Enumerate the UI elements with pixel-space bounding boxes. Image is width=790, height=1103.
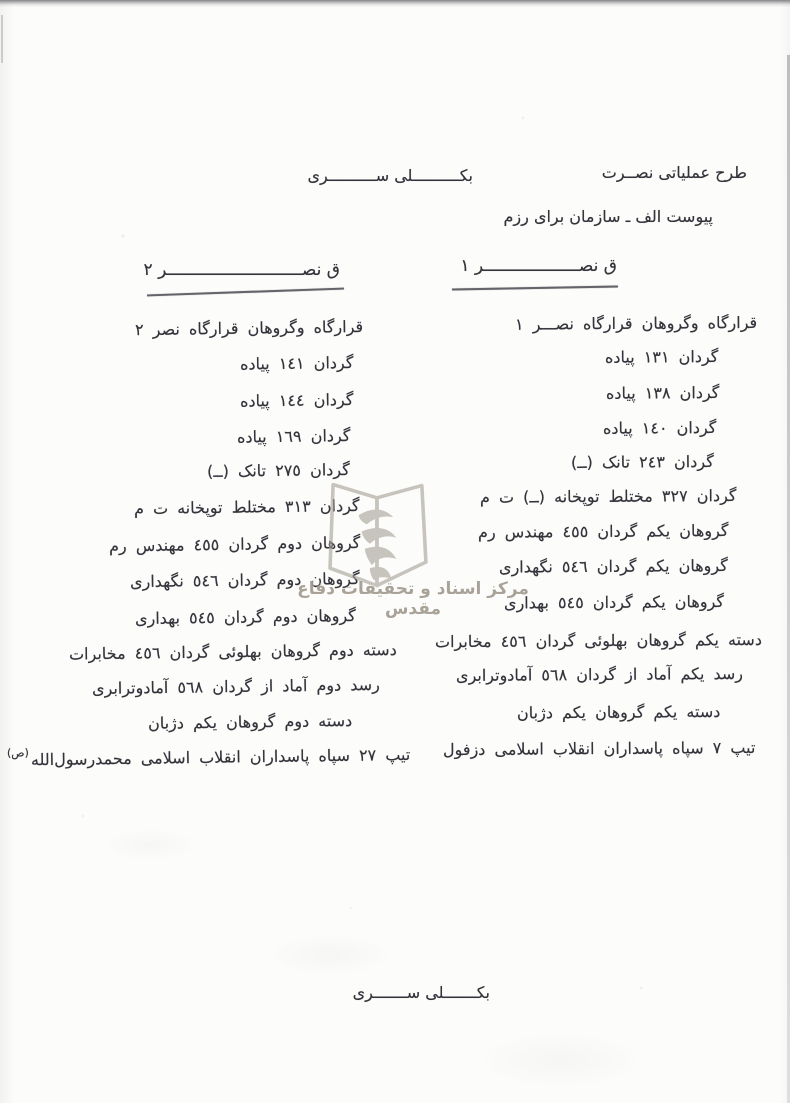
unit-row: رسد دوم آماد از گردان ٥٦٨ آمادوترابری (92, 675, 380, 698)
classification-bottom: بکـــــــلی ســـــــری (353, 983, 490, 1002)
unit-row: گروهان یکم گردان ٥٤٦ نگهداری (499, 556, 728, 577)
honorific-sup: (ص) (7, 746, 29, 759)
scanned-document-page: طرح عملیاتی نصــرت بکــــــــــلی ســـــ… (0, 0, 790, 1103)
unit-row: گردان ٢٧٥ تانک (ــ) (207, 460, 350, 481)
unit-row: دسته یکم گروهان یکم دژبان (517, 702, 720, 722)
unit-row: دسته یکم گروهان بهلوئی گردان ٤٥٦ مخابرات (435, 630, 762, 651)
classification-top: بکــــــــــلی ســــــــــری (307, 166, 473, 185)
unit-row: گردان ١٤٠ پیاده (603, 418, 717, 438)
unit-row: گردان ١٦٩ پیاده (236, 426, 350, 447)
scan-edge-left (1, 15, 3, 63)
unit-row: گردان ١٤٤ پیاده (239, 390, 353, 411)
unit-row: گردان ٣٢٧ مختلط توپخانه (ــ) ت م (480, 486, 737, 507)
unit-row: گروهان دوم گردان ٤٥٥ مهندس رم (109, 533, 361, 556)
document-title: طرح عملیاتی نصــرت (602, 163, 747, 182)
watermark-center-text: مرکز اسناد و تحقیقات دفاع مقدس (294, 579, 532, 619)
unit-row: گردان ٣١٣ مختلط توپخانه ت م (134, 496, 360, 518)
unit-row: تیپ ٢٧ سپاه پاسداران انقلاب اسلامی محمدر… (7, 745, 410, 770)
unit-row: تیپ ٧ سپاه پاسداران انقلاب اسلامی دزفول (443, 738, 756, 759)
open-book-tulip-logo (328, 480, 430, 588)
column-header-nasr1: ق نصـــــــــــــــــــر ١ (460, 256, 617, 276)
scan-edge-top (0, 0, 790, 7)
unit-row: گروهان یکم گردان ٥٤٥ بهداری (504, 592, 724, 613)
unit-row: گردان ٢٤٣ تانک (ــ) (571, 452, 714, 472)
attachment-line: پیوست الف ـ سازمان برای رزم (504, 207, 713, 226)
unit-row: قرارگاه وگروهان قرارگاه نصر ٢ (135, 317, 363, 339)
unit-row: رسد یکم آماد از گردان ٥٦٨ آمادوترابری (456, 664, 743, 685)
unit-row: گردان ١٤١ پیاده (239, 353, 353, 374)
column-header-nasr2: ق نصـــــــــــــــــــــــــــر ٢ (144, 260, 340, 280)
unit-row: گردان ١٣٨ پیاده (606, 383, 720, 403)
unit-row: دسته دوم گروهان یکم دژبان (148, 711, 352, 733)
underline-nasr2 (147, 288, 344, 297)
unit-row-label: تیپ ٢٧ سپاه پاسداران انقلاب اسلامی محمدر… (31, 745, 411, 769)
unit-row: گردان ١٣١ پیاده (605, 347, 719, 367)
unit-row: قرارگاه وگروهان قرارگاه نصـــر ١ (515, 313, 757, 334)
unit-row: گروهان یکم گردان ٤٥٥ مهندس رم (477, 521, 728, 542)
unit-row: دسته دوم گروهان بهلوئی گردان ٤٥٦ مخابرات (69, 640, 397, 664)
underline-nasr1 (452, 286, 618, 291)
